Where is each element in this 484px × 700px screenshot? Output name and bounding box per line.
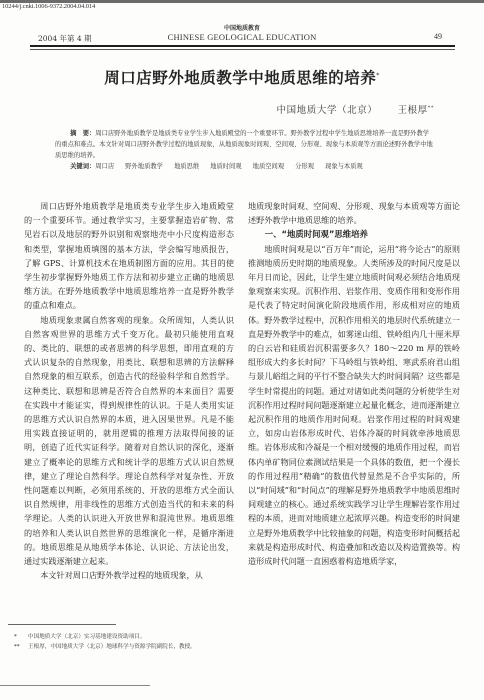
abstract-label: 摘 要： xyxy=(70,130,95,137)
body-column-left: 周口店野外地质教学是地质类专业学生步入地质殿堂的一个重要环节。通过教学实习，主要… xyxy=(24,199,234,582)
section-heading: 一、“地质时间观”思维培养 xyxy=(248,227,460,241)
journal-name-en: CHINESE GEOLOGICAL EDUCATION xyxy=(0,32,484,42)
footnotes: *中国地质大学（北京）实习基地建设资助项目。 **王根厚，中国地质大学（北京）地… xyxy=(14,633,196,652)
author-line: 中国地质大学（北京）王根厚** xyxy=(276,102,434,116)
keyword: 地质思维 xyxy=(174,163,199,170)
author-footnote-mark: ** xyxy=(428,105,434,111)
keywords-label: 关键词： xyxy=(70,163,95,170)
abstract-text: 周口店野外地质教学是地质类专业学生步入地质殿堂的一个重要环节。野外教学过程中学生… xyxy=(55,130,433,159)
keyword: 地质空间观 xyxy=(253,163,284,170)
body-paragraph: 本文针对周口店野外教学过程的地质现象，从 xyxy=(24,568,234,582)
title-footnote-mark: * xyxy=(376,72,380,79)
scan-bottom-line xyxy=(0,685,150,686)
abstract: 摘 要：周口店野外地质教学是地质类专业学生步入地质殿堂的一个重要环节。野外教学过… xyxy=(55,128,433,161)
footnote: *中国地质大学（北京）实习基地建设资助项目。 xyxy=(14,633,196,643)
footnote-mark: * xyxy=(14,633,28,643)
journal-name-cn: 中国地质教育 xyxy=(0,23,484,32)
body-paragraph: 周口店野外地质教学是地质类专业学生步入地质殿堂的一个重要环节。通过教学实习，主要… xyxy=(24,199,234,313)
abstract-block: 摘 要：周口店野外地质教学是地质类专业学生步入地质殿堂的一个重要环节。野外教学过… xyxy=(55,128,433,172)
doi-text: 10244/j.cnki.1006-9372.2004.04.014 xyxy=(2,3,95,10)
keyword: 现象与本质观 xyxy=(325,163,363,170)
footnote: **王根厚，中国地质大学（北京）地球科学与资源学院副院长，教授。 xyxy=(14,643,196,653)
footnote-separator xyxy=(8,624,116,625)
footnote-text: 中国地质大学（北京）实习基地建设资助项目。 xyxy=(28,634,145,640)
body-paragraph: 地质现象隶属自然客观的现象。众所周知，人类认识自然客观世界的思维方式千变万化。最… xyxy=(24,313,234,569)
title-text: 周口店野外地质教学中地质思维的培养 xyxy=(104,69,376,87)
author-name: 王根厚 xyxy=(397,105,427,116)
keywords: 关键词：周口店野外地质教学地质思维地质时间观地质空间观分形观现象与本质观 xyxy=(55,161,433,172)
body-column-right: 地质现象时间观、空间观、分形观、现象与本质观等方面论述野外教学中地质思维的培养。… xyxy=(248,199,460,568)
keyword: 周口店 xyxy=(95,163,114,170)
keyword: 地质时间观 xyxy=(210,163,241,170)
footnote-text: 王根厚，中国地质大学（北京）地球科学与资源学院副院长，教授。 xyxy=(28,644,196,650)
header-rule-thin xyxy=(30,49,455,50)
keyword: 分形观 xyxy=(295,163,314,170)
footnote-mark: ** xyxy=(14,643,28,653)
keyword: 野外地质教学 xyxy=(125,163,163,170)
article-title: 周口店野外地质教学中地质思维的培养* xyxy=(0,66,484,88)
page-number: 49 xyxy=(434,32,442,41)
header-rule-thick xyxy=(30,45,455,47)
affiliation: 中国地质大学（北京） xyxy=(276,105,377,116)
body-paragraph: 地质时间观是以“百万年”而论，运用“将今论古”的原则推测地质历史时期的地质现象。… xyxy=(248,242,460,569)
body-paragraph-continued: 地质现象时间观、空间观、分形观、现象与本质观等方面论述野外教学中地质思维的培养。 xyxy=(248,199,460,227)
